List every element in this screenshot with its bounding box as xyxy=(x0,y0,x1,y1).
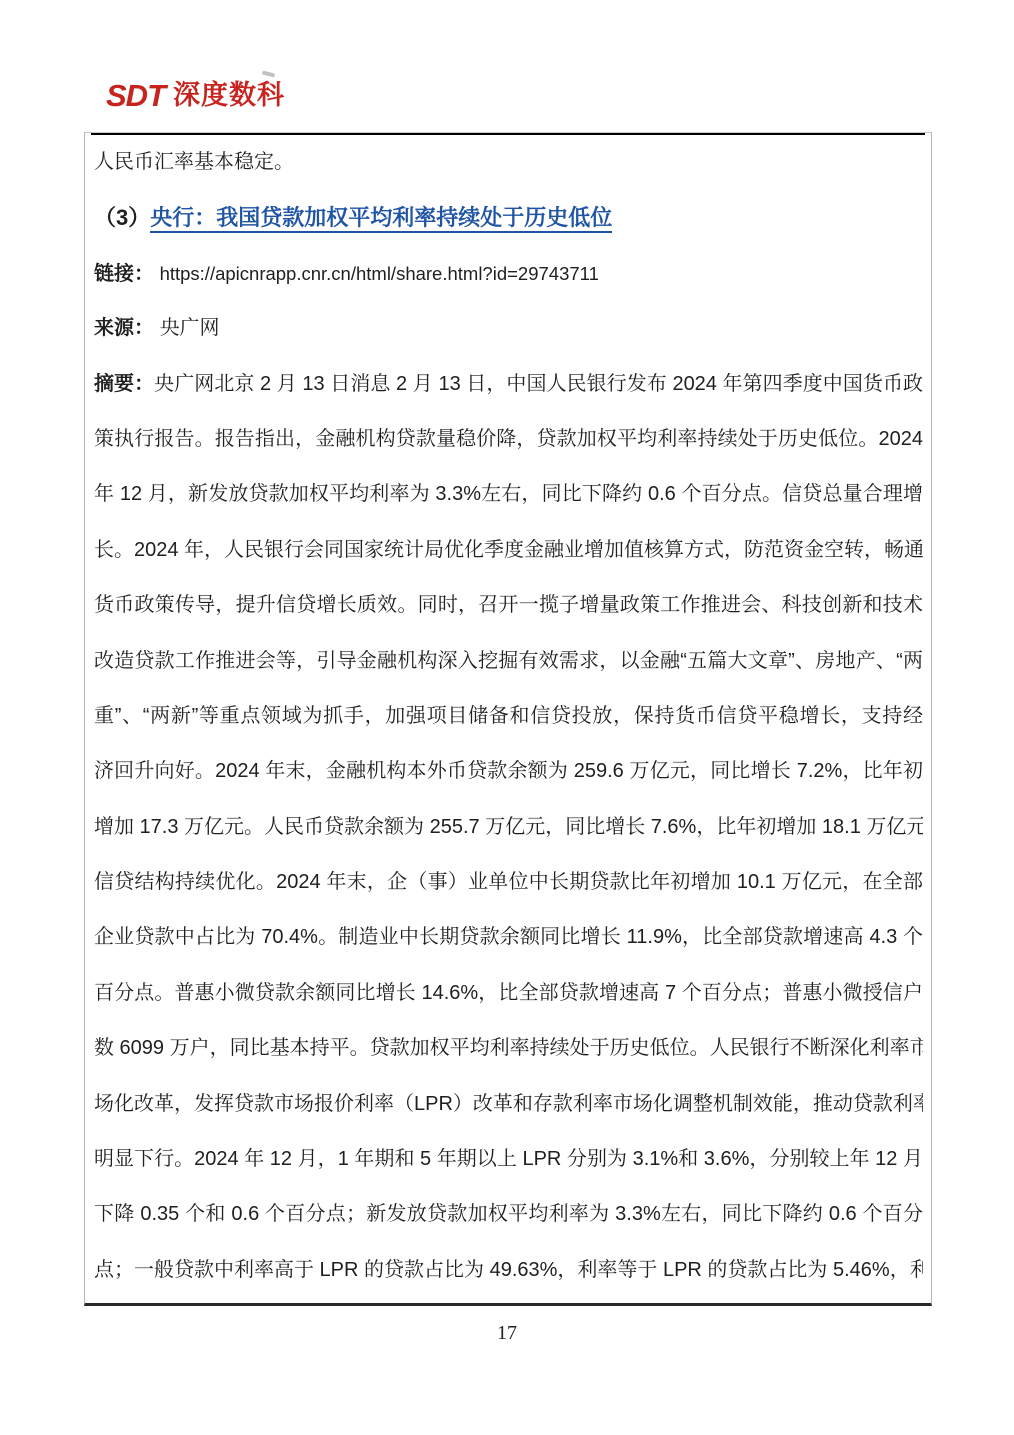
heading-link[interactable]: 央行：我国贷款加权平均利率持续处于历史低位 xyxy=(150,205,612,233)
summary-line: 长。2024 年，人民银行会同国家统计局优化季度金融业增加值核算方式，防范资金空… xyxy=(94,523,923,578)
source-label: 来源： xyxy=(94,317,154,339)
logo-trademark-icon xyxy=(262,70,276,77)
summary-line: 济回升向好。2024 年末，金融机构本外币贷款余额为 259.6 万亿元，同比增… xyxy=(94,744,923,799)
summary-text: 央广网北京 2 月 13 日消息 2 月 13 日，中国人民银行发布 2024 … xyxy=(154,373,923,395)
summary-line: 信贷结构持续优化。2024 年末，企（事）业单位中长期贷款比年初增加 10.1 … xyxy=(94,855,923,910)
document-page: SDT 深度数科 人民币汇率基本稳定。 （3）央行：我国贷款加权平均利率持续处于… xyxy=(0,0,1014,1435)
summary-line: 明显下行。2024 年 12 月，1 年期和 5 年期以上 LPR 分别为 3.… xyxy=(94,1132,923,1187)
summary-line: 数 6099 万户，同比基本持平。贷款加权平均利率持续处于历史低位。人民银行不断… xyxy=(94,1021,923,1076)
intro-text: 人民币汇率基本稳定。 xyxy=(94,151,294,173)
logo-company-name: 深度数科 xyxy=(173,82,285,109)
summary-label: 摘要： xyxy=(94,373,154,395)
summary-line: 摘要：央广网北京 2 月 13 日消息 2 月 13 日，中国人民银行发布 20… xyxy=(94,357,923,412)
heading-index: （3） xyxy=(94,205,150,230)
link-label: 链接： xyxy=(94,263,154,285)
summary-line: 重”、“两新”等重点领域为抓手，加强项目储备和信贷投放，保持货币信贷平稳增长，支… xyxy=(94,689,923,744)
page-number: 17 xyxy=(0,1322,1014,1345)
source-value: 央广网 xyxy=(160,317,220,339)
summary-line: 企业贷款中占比为 70.4%。制造业中长期贷款余额同比增长 11.9%，比全部贷… xyxy=(94,910,923,965)
source-row: 来源： 央广网 xyxy=(94,301,923,356)
summary-line: 年 12 月，新发放贷款加权平均利率为 3.3%左右，同比下降约 0.6 个百分… xyxy=(94,467,923,522)
content-frame: 人民币汇率基本稳定。 （3）央行：我国贷款加权平均利率持续处于历史低位 链接： … xyxy=(84,132,932,1306)
link-row: 链接： https://apicnrapp.cnr.cn/html/share.… xyxy=(94,246,923,301)
header-divider-rule xyxy=(91,132,925,135)
logo-sdt-text: SDT xyxy=(106,80,165,111)
summary-line: 增加 17.3 万亿元。人民币贷款余额为 255.7 万亿元，同比增长 7.6%… xyxy=(94,800,923,855)
summary-line: 场化改革，发挥贷款市场报价利率（LPR）改革和存款利率市场化调整机制效能，推动贷… xyxy=(94,1077,923,1132)
summary-paragraph: 摘要：央广网北京 2 月 13 日消息 2 月 13 日，中国人民银行发布 20… xyxy=(94,357,923,1299)
summary-line: 百分点。普惠小微贷款余额同比增长 14.6%，比全部贷款增速高 7 个百分点；普… xyxy=(94,966,923,1021)
summary-line: 策执行报告。报告指出，金融机构贷款量稳价降，贷款加权平均利率持续处于历史低位。2… xyxy=(94,412,923,467)
summary-line: 货币政策传导，提升信贷增长质效。同时，召开一揽子增量政策工作推进会、科技创新和技… xyxy=(94,578,923,633)
intro-line: 人民币汇率基本稳定。 xyxy=(94,135,923,190)
company-logo: SDT 深度数科 xyxy=(106,78,285,112)
summary-line: 改造贷款工作推进会等，引导金融机构深入挖掘有效需求，以金融“五篇大文章”、房地产… xyxy=(94,634,923,689)
summary-line: 点；一般贷款中利率高于 LPR 的贷款占比为 49.63%，利率等于 LPR 的… xyxy=(94,1243,923,1298)
section-heading: （3）央行：我国贷款加权平均利率持续处于历史低位 xyxy=(94,190,923,245)
link-url: https://apicnrapp.cnr.cn/html/share.html… xyxy=(160,263,599,284)
summary-line: 下降 0.35 个和 0.6 个百分点；新发放贷款加权平均利率为 3.3%左右，… xyxy=(94,1187,923,1242)
